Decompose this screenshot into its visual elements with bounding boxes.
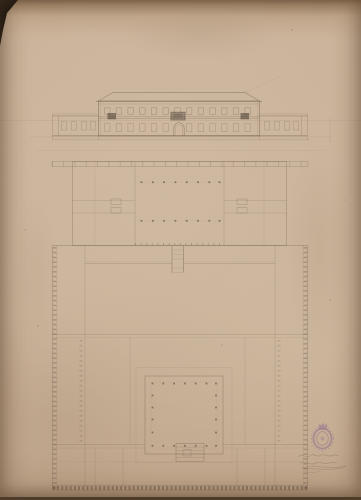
- stair-feature: [176, 444, 204, 462]
- courtyard-outer-ring: [136, 368, 232, 463]
- courtyard: [145, 376, 223, 454]
- stamp-crown: [319, 423, 328, 428]
- right-wing: [260, 114, 308, 136]
- collection-stamp: [312, 423, 334, 451]
- dark-opening-left: [108, 113, 117, 119]
- hall-column-dots: [141, 181, 221, 221]
- floor-plan-drawing: [52, 162, 308, 491]
- left-wing: [53, 114, 99, 136]
- drawing-sheet: [0, 0, 361, 500]
- courtyard-column-dots: [152, 383, 217, 447]
- pencil-drawing: [0, 0, 361, 500]
- dark-opening-right: [241, 113, 250, 119]
- facade-elevation-drawing: [53, 93, 308, 140]
- lower-windows: [105, 124, 251, 132]
